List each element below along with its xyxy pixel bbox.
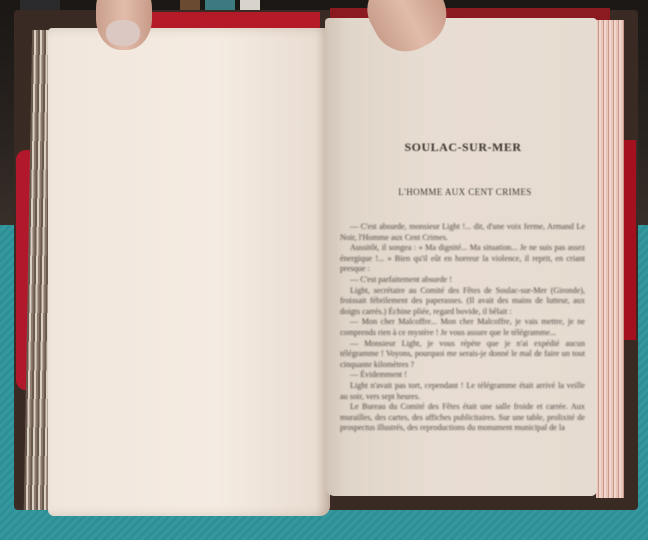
book-cover-red-edge-top (150, 12, 320, 28)
page-title: SOULAC-SUR-MER (388, 140, 538, 155)
paragraph: — Mon cher Malcoffre... Mon cher Malcoff… (340, 317, 585, 338)
paragraph: — Monsieur Light, je vous répète que je … (340, 339, 585, 371)
thumbnail (106, 20, 140, 46)
paragraph: Light n'avait pas tort, cependant ! Le t… (340, 381, 585, 402)
paragraph: — C'est absurde, monsieur Light !... dit… (340, 222, 585, 243)
paragraph: Light, secrétaire au Comité des Fêtes de… (340, 286, 585, 318)
paragraph: — C'est parfaitement absurde ! (340, 275, 585, 286)
left-page-blank (48, 28, 330, 516)
paragraph: Aussitôt, il songea : « Ma dignité... Ma… (340, 243, 585, 275)
right-page-stack-edges (596, 20, 624, 498)
paragraph: — Évidemment ! (340, 370, 585, 381)
paragraph: Le Bureau du Comité des Fêtes était une … (340, 402, 585, 434)
page-body-text: — C'est absurde, monsieur Light !... dit… (340, 222, 585, 434)
chapter-title: L'HOMME AUX CENT CRIMES (370, 187, 560, 197)
